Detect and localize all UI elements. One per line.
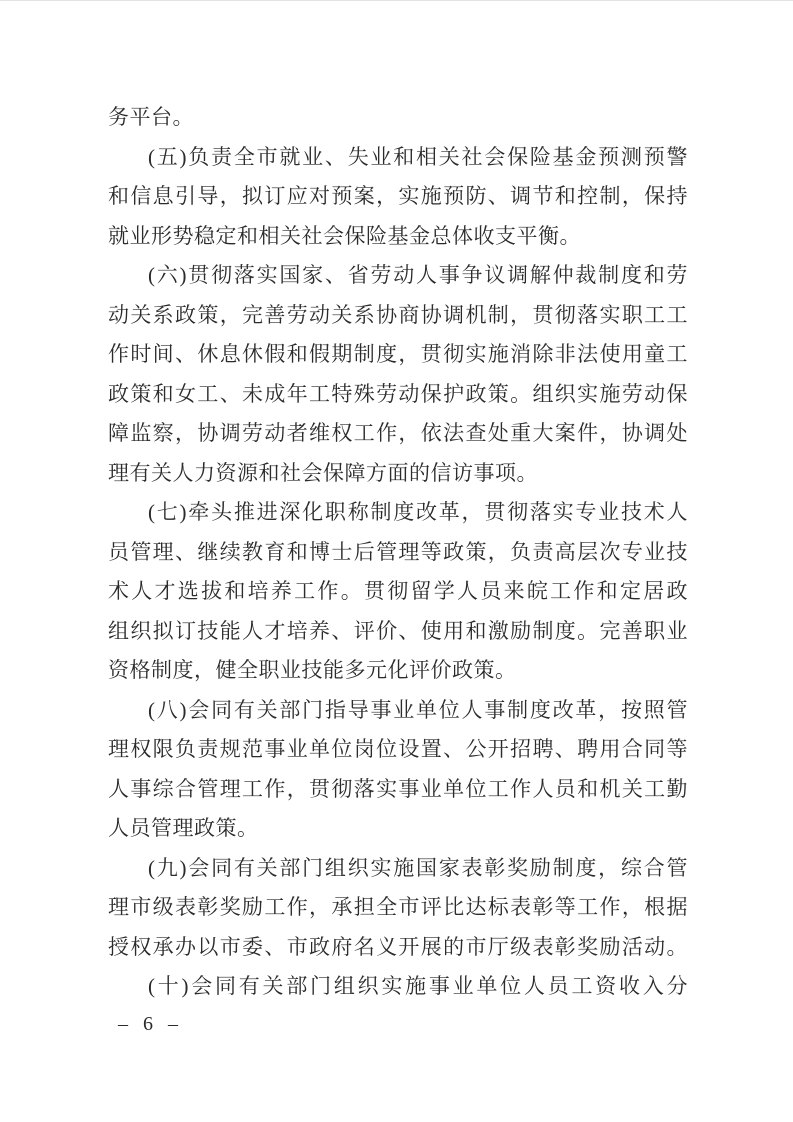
document-line: 人事综合管理工作，贯彻落实事业单位工作人员和机关工勤: [108, 770, 688, 810]
document-line: (八)会同有关部门指导事业单位人事制度改革，按照管: [108, 691, 688, 731]
document-line: 理市级表彰奖励工作，承担全市评比达标表彰等工作，根据: [108, 888, 688, 928]
document-line: 务平台。: [108, 98, 688, 138]
document-line: 就业形势稳定和相关社会保险基金总体收支平衡。: [108, 217, 688, 257]
document-line: (六)贯彻落实国家、省劳动人事争议调解仲裁制度和劳: [108, 256, 688, 296]
document-line: 障监察，协调劳动者维权工作，依法查处重大案件，协调处: [108, 414, 688, 454]
document-line: 政策和女工、未成年工特殊劳动保护政策。组织实施劳动保: [108, 375, 688, 415]
document-line: 资格制度，健全职业技能多元化评价政策。: [108, 651, 688, 691]
document-line: 人员管理政策。: [108, 809, 688, 849]
page-number: – 6 –: [118, 1013, 183, 1035]
document-line: 作时间、休息休假和假期制度，贯彻实施消除非法使用童工: [108, 335, 688, 375]
document-line: 术人才选拔和培养工作。贯彻留学人员来皖工作和定居政策。: [108, 572, 688, 612]
document-line: 和信息引导，拟订应对预案，实施预防、调节和控制，保持: [108, 177, 688, 217]
document-line: 组织拟订技能人才培养、评价、使用和激励制度。完善职业: [108, 612, 688, 652]
document-line: 授权承办以市委、市政府名义开展的市厅级表彰奖励活动。: [108, 928, 688, 968]
document-page: 务平台。(五)负责全市就业、失业和相关社会保险基金预测预警和信息引导，拟订应对预…: [0, 0, 793, 1122]
document-line: (五)负责全市就业、失业和相关社会保险基金预测预警: [108, 138, 688, 178]
document-line: (七)牵头推进深化职称制度改革，贯彻落实专业技术人: [108, 493, 688, 533]
document-line: (九)会同有关部门组织实施国家表彰奖励制度，综合管: [108, 849, 688, 889]
document-line: 理权限负责规范事业单位岗位设置、公开招聘、聘用合同等: [108, 730, 688, 770]
page-footer: – 6 –: [118, 1013, 183, 1036]
document-line: (十)会同有关部门组织实施事业单位人员工资收入分: [108, 967, 688, 1007]
document-body: 务平台。(五)负责全市就业、失业和相关社会保险基金预测预警和信息引导，拟订应对预…: [108, 98, 688, 1007]
document-line: 员管理、继续教育和博士后管理等政策，负责高层次专业技: [108, 533, 688, 573]
document-line: 理有关人力资源和社会保障方面的信访事项。: [108, 454, 688, 494]
document-line: 动关系政策，完善劳动关系协商协调机制，贯彻落实职工工: [108, 296, 688, 336]
